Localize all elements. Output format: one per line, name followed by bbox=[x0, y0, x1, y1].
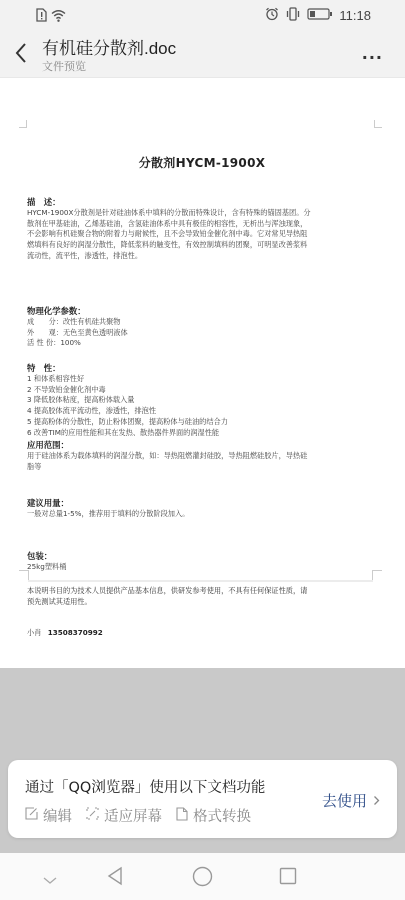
feature-fit-screen[interactable]: 适应屏幕 bbox=[86, 805, 162, 826]
description-line: 不会影响有机硅聚合物的附着力与耐候性，且不会导致铂金催化剂中毒。它对常见导热阻 bbox=[27, 229, 377, 240]
document-viewer[interactable]: 分散剂HYCM-1900X 描 述： HYCM-1900X分散剂是针对硅油体系中… bbox=[0, 78, 405, 668]
contact-phone: 13508370992 bbox=[48, 628, 103, 637]
page-bottom-edge bbox=[28, 580, 373, 582]
document-filename: 有机硅分散剂.doc bbox=[42, 34, 176, 59]
recents-square-icon[interactable] bbox=[279, 867, 297, 889]
description-line: 燃填料有良好的润湿分散性，降低浆料的触变性，有效控制填料的团聚，可明显改善浆料 bbox=[27, 240, 377, 251]
param-label: 外 观： bbox=[27, 328, 63, 337]
param-row: 活 性 份：100% bbox=[27, 338, 377, 349]
feature-item: 2 不导致铂金催化剂中毒 bbox=[27, 385, 377, 396]
feature-item: 5 提高粉体的分散性，防止粉体团聚，提高粉体与硅油的结合力 bbox=[27, 417, 377, 428]
section-heading: 描 述： bbox=[27, 196, 377, 208]
header-subtitle: 文件预览 bbox=[42, 58, 86, 74]
feature-item: 6 改善TIM的应用性能和其在发热、散热器件界面的润湿性能 bbox=[27, 428, 377, 439]
hide-nav-chevron-down-icon[interactable] bbox=[42, 871, 58, 890]
description-line: 散剂在甲基硅油，乙烯基硅油，含氢硅油体系中具有极佳的相容性，无析出与浑浊现象， bbox=[27, 219, 377, 230]
battery-icon bbox=[307, 8, 333, 23]
back-button[interactable] bbox=[12, 40, 32, 66]
section-heading: 包装： bbox=[27, 550, 377, 562]
clock-time: 11:18 bbox=[339, 8, 371, 23]
contact-name: 小肖 bbox=[27, 628, 41, 637]
go-use-button[interactable]: 去使用 bbox=[322, 790, 380, 811]
edit-icon bbox=[25, 807, 38, 824]
chevron-right-icon bbox=[373, 792, 380, 810]
vibrate-icon bbox=[285, 7, 301, 24]
wifi-icon bbox=[51, 7, 66, 26]
feature-item: 1 和体系相容性好 bbox=[27, 374, 377, 385]
alarm-icon bbox=[265, 7, 279, 24]
page-corner-mark bbox=[19, 120, 27, 128]
section-physchem: 物理化学参数： 成 分：改性有机硅共聚物 外 观：无色至黄色透明液体 活 性 份… bbox=[27, 305, 377, 349]
disclaimer-line: 预先测试其适用性。 bbox=[27, 597, 377, 608]
document-icon bbox=[176, 807, 188, 825]
description-line: 流动性，流平性，渗透性，排泡性。 bbox=[27, 251, 377, 262]
app-header: 有机硅分散剂.doc 文件预览 ... bbox=[0, 30, 405, 78]
param-label: 活 性 份： bbox=[27, 338, 60, 347]
feature-label: 适应屏幕 bbox=[104, 805, 162, 826]
param-value: 无色至黄色透明液体 bbox=[63, 328, 128, 337]
param-row: 外 观：无色至黄色透明液体 bbox=[27, 328, 377, 339]
dosage-text: 一般对总量1-5%，推荐用于填料的分散阶段加入。 bbox=[27, 509, 377, 520]
banner-title: 通过「QQ浏览器」使用以下文档功能 bbox=[25, 776, 265, 797]
section-disclaimer: 本说明书目的为技术人员提供产品基本信息，供研发参考使用，不具有任何保证性质，请 … bbox=[27, 586, 377, 607]
feature-item: 3 降低胶体粘度，提高粉体载入量 bbox=[27, 395, 377, 406]
feature-format-convert[interactable]: 格式转换 bbox=[176, 805, 251, 826]
feature-label: 格式转换 bbox=[193, 805, 251, 826]
description-line: HYCM-1900X分散剂是针对硅油体系中填料的分散而特殊设计，含有特殊的锚固基… bbox=[27, 208, 377, 219]
application-line: 脂等 bbox=[27, 462, 377, 473]
section-heading: 物理化学参数： bbox=[27, 305, 377, 317]
section-application: 应用范围： 用于硅油体系为载体填料的润湿分散，如：导热阻燃灌封硅胶，导热阻燃硅胶… bbox=[27, 439, 377, 472]
system-nav-bar bbox=[0, 853, 405, 900]
document-title: 分散剂HYCM-1900X bbox=[27, 158, 377, 169]
more-horizontal-icon: ... bbox=[362, 44, 383, 63]
back-triangle-icon[interactable] bbox=[106, 866, 124, 890]
qq-browser-promo-banner[interactable]: 通过「QQ浏览器」使用以下文档功能 编辑 适应屏幕 格式转换 去使用 bbox=[8, 760, 397, 838]
disclaimer-line: 本说明书目的为技术人员提供产品基本信息，供研发参考使用，不具有任何保证性质，请 bbox=[27, 586, 377, 597]
param-label: 成 分： bbox=[27, 317, 63, 326]
packaging-text: 25kg塑料桶 bbox=[27, 562, 377, 573]
status-bar: 11:18 bbox=[0, 0, 405, 30]
feature-item: 4 提高胶体流平流动性，渗透性，排泡性 bbox=[27, 406, 377, 417]
param-value: 改性有机硅共聚物 bbox=[63, 317, 121, 326]
home-circle-icon[interactable] bbox=[192, 866, 213, 891]
application-line: 用于硅油体系为载体填料的润湿分散，如：导热阻燃灌封硅胶，导热阻燃硅胶片，导热硅 bbox=[27, 451, 377, 462]
section-heading: 应用范围： bbox=[27, 439, 377, 451]
param-row: 成 分：改性有机硅共聚物 bbox=[27, 317, 377, 328]
fit-screen-icon bbox=[86, 807, 99, 824]
contact-line: 小肖 13508370992 bbox=[27, 628, 377, 639]
more-options-button[interactable]: ... bbox=[362, 44, 383, 63]
banner-feature-list: 编辑 适应屏幕 格式转换 bbox=[25, 805, 251, 826]
section-packaging: 包装： 25kg塑料桶 bbox=[27, 550, 377, 573]
section-heading: 特 性： bbox=[27, 362, 377, 374]
sim-alert-icon bbox=[36, 7, 47, 26]
feature-edit[interactable]: 编辑 bbox=[25, 805, 72, 826]
feature-label: 编辑 bbox=[43, 805, 72, 826]
section-heading: 建议用量： bbox=[27, 497, 377, 509]
param-value: 100% bbox=[60, 338, 81, 347]
section-description: 描 述： HYCM-1900X分散剂是针对硅油体系中填料的分散而特殊设计，含有特… bbox=[27, 196, 377, 262]
section-dosage: 建议用量： 一般对总量1-5%，推荐用于填料的分散阶段加入。 bbox=[27, 497, 377, 520]
page-corner-mark bbox=[374, 120, 382, 128]
section-features: 特 性： 1 和体系相容性好 2 不导致铂金催化剂中毒 3 降低胶体粘度，提高粉… bbox=[27, 362, 377, 438]
go-use-label: 去使用 bbox=[322, 790, 367, 811]
